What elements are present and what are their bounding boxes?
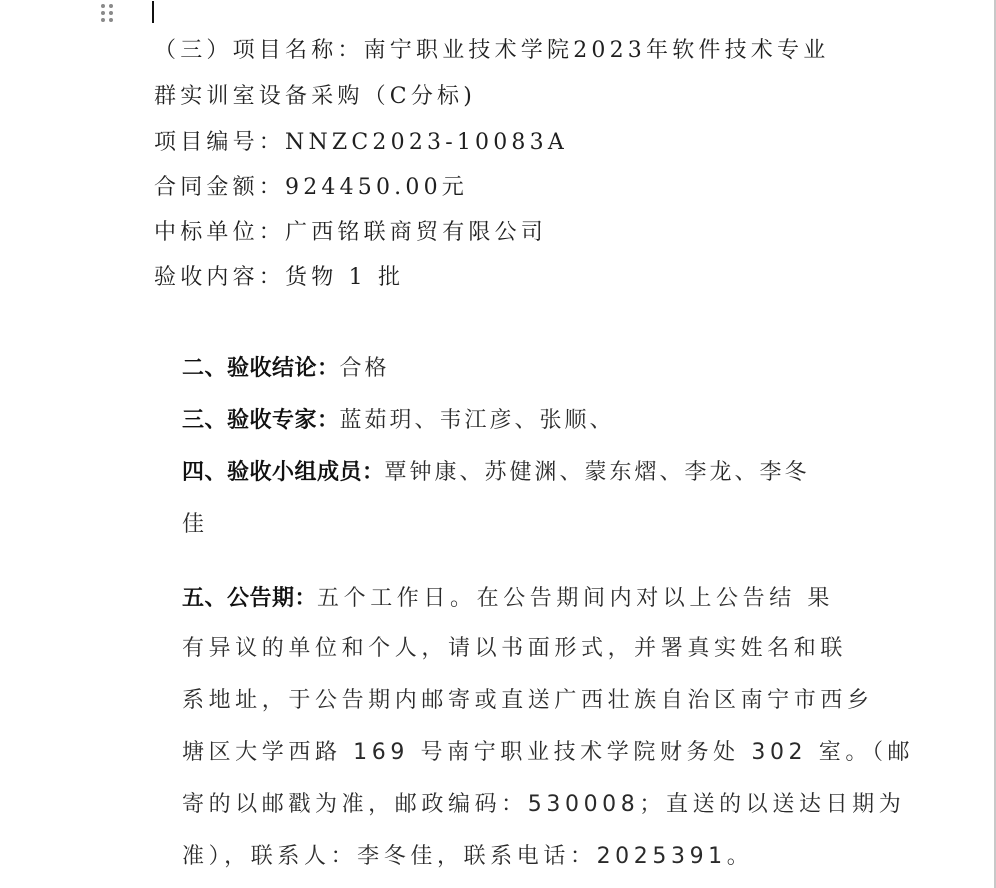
notice-text-line-4: 塘区大学西路 169 号南宁职业技术学院财务处 302 室。（邮 [182,740,914,765]
section-heading: 二、验收结论： [182,356,340,381]
members-text-line-2: 佳 [182,512,207,537]
drag-handle-icon[interactable] [101,4,115,24]
project-number: 项目编号：NNZC2023-10083A [154,130,568,156]
experts-text: 蓝茹玥、韦江彦、张顺、 [340,408,615,433]
acceptance-content: 验收内容：货物 1 批 [154,265,404,291]
section-members-cont: 佳 [154,486,207,564]
notice-text-line-3: 系地址，于公告期内邮寄或直送广西壮族自治区南宁市西乡 [182,688,874,713]
notice-text-line-2: 有异议的单位和个人，请以书面形式，并署真实姓名和联 [182,636,847,661]
text-caret [152,1,154,23]
notice-text-line-6: 准），联系人：李冬佳，联系电话：2025391。 [182,844,753,869]
conclusion-text: 合格 [340,356,390,381]
winning-bidder: 中标单位：广西铭联商贸有限公司 [154,220,547,246]
section-heading: 四、验收小组成员： [182,460,385,485]
section-heading: 三、验收专家： [182,408,340,433]
section-members: 四、验收小组成员：覃钟康、苏健渊、蒙东熠、李龙、李冬 [154,434,810,512]
notice-line-6: 准），联系人：李冬佳，联系电话：2025391。 [154,818,753,888]
section-heading: 五、公告期： [182,586,317,611]
document-page[interactable]: （三）项目名称：南宁职业技术学院2023年软件技术专业 群实训室设备采购（C分标… [0,0,996,888]
project-title-line-1: （三）项目名称：南宁职业技术学院2023年软件技术专业 [154,38,829,64]
contract-amount: 合同金额：924450.00元 [154,175,468,201]
notice-text-line-5: 寄的以邮戳为准，邮政编码：530008；直送的以送达日期为 [182,792,905,817]
notice-text-line-1: 五个工作日。在公告期间内对以上公告结 果 [317,586,834,611]
members-text-line-1: 覃钟康、苏健渊、蒙东熠、李龙、李冬 [385,460,810,485]
project-title-line-2: 群实训室设备采购（C分标) [154,84,476,110]
